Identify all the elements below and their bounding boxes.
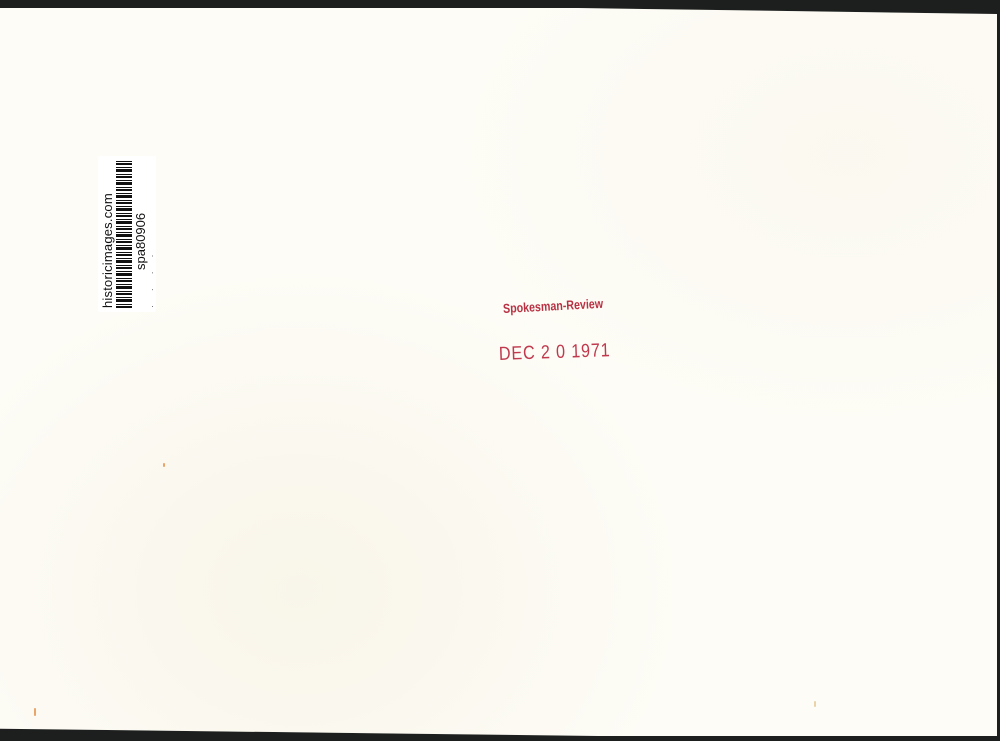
paper-speck [163,463,165,467]
archive-id-text: spa80906 [133,213,148,270]
label-dots: · · · · [148,249,157,308]
publisher-stamp: Spokesman-Review [503,296,604,316]
archive-site-text: historicimages.com [100,193,115,308]
photo-back-paper: historicimages.com spa80906 · · · · Spok… [0,8,997,736]
paper-speck [814,701,816,707]
barcode-label-content: historicimages.com spa80906 · · · · [98,156,156,312]
date-stamp: DEC 2 0 1971 [499,340,611,366]
barcode-icon [116,160,132,308]
paper-speck [34,708,36,716]
barcode-label: historicimages.com spa80906 · · · · [98,156,156,312]
scan-background: historicimages.com spa80906 · · · · Spok… [0,0,1000,741]
